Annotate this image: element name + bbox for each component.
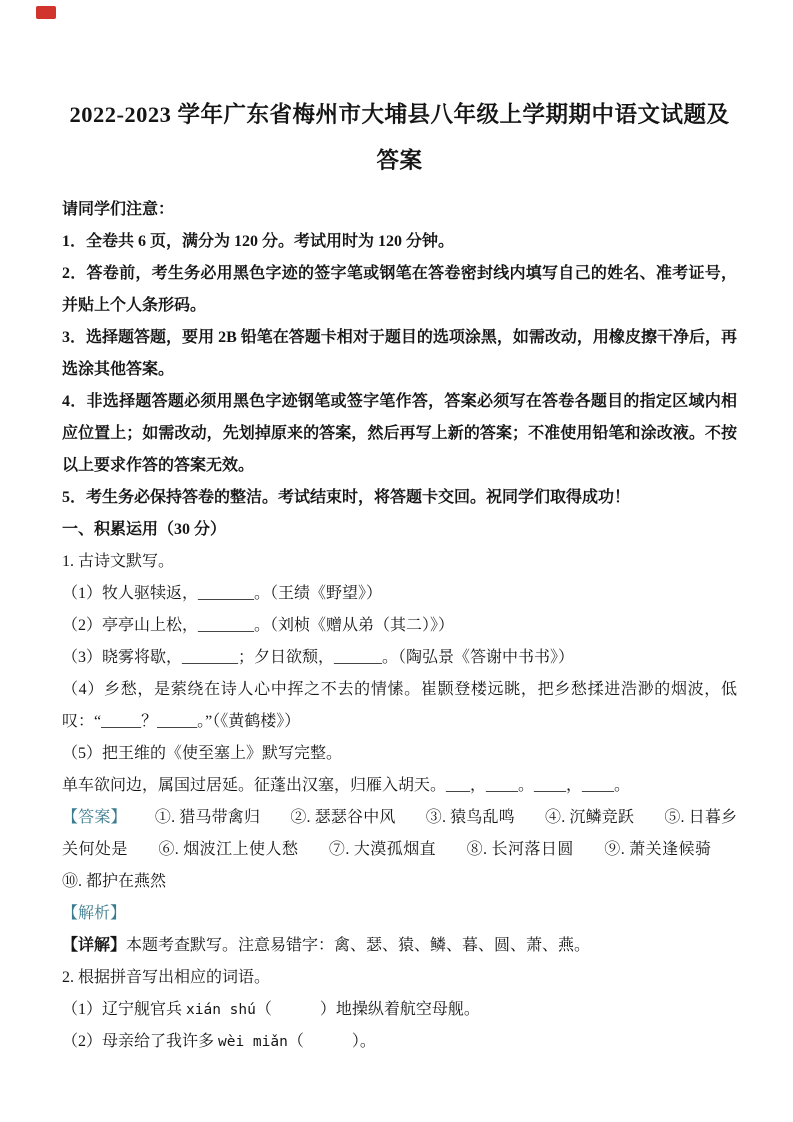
question-1-part-5: （5）把王维的《使至塞上》默写完整。 bbox=[62, 738, 737, 770]
q2-part1-post: （ ）地操纵着航空母舰。 bbox=[256, 1001, 480, 1018]
detail-block: 【详解】本题考查默写。注意易错字：禽、瑟、猿、鳞、暮、圆、萧、燕。 bbox=[62, 930, 737, 962]
answer-item-2: ②. 瑟瑟谷中风 bbox=[290, 809, 395, 826]
notice-item-4: 4．非选择题答题必须用黑色字迹钢笔或签字笔作答，答案必须写在答卷各题目的指定区域… bbox=[62, 386, 737, 482]
question-1-part-4: （4）乡愁，是萦绕在诗人心中挥之不去的情愫。崔颢登楼远眺，把乡愁揉进浩渺的烟波，… bbox=[62, 674, 737, 738]
analysis-label: 【解析】 bbox=[62, 905, 126, 922]
analysis-block: 【解析】 bbox=[62, 898, 737, 930]
question-1-part-2: （2）亭亭山上松，_______。（刘桢《赠从弟（其二）》） bbox=[62, 610, 737, 642]
answer-item-4: ④. 沉鳞竞跃 bbox=[545, 809, 634, 826]
q2-part2-post: （ ）。 bbox=[288, 1033, 376, 1050]
answer-item-3: ③. 猿鸟乱鸣 bbox=[426, 809, 515, 826]
answer-item-8: ⑧. 长河落日圆 bbox=[467, 841, 574, 858]
notice-item-2: 2．答卷前，考生务必用黑色字迹的签字笔或钢笔在答卷密封线内填写自己的姓名、准考证… bbox=[62, 258, 737, 322]
question-2-part-2: （2）母亲给了我许多 wèi miǎn（ ）。 bbox=[62, 1026, 737, 1058]
notice-item-1: 1．全卷共 6 页，满分为 120 分。考试用时为 120 分钟。 bbox=[62, 226, 737, 258]
red-stamp-icon bbox=[36, 6, 56, 19]
answer-item-9: ⑨. 萧关逢候骑 bbox=[604, 841, 711, 858]
question-1-part-3: （3）晓雾将歇，_______；夕日欲颓，______。（陶弘景《答谢中书书》） bbox=[62, 642, 737, 674]
page-title: 2022-2023 学年广东省梅州市大埔县八年级上学期期中语文试题及答案 bbox=[62, 92, 737, 184]
section-heading: 一、积累运用（30 分） bbox=[62, 514, 737, 546]
question-2-part-1: （1）辽宁舰官兵 xián shú（ ）地操纵着航空母舰。 bbox=[62, 994, 737, 1026]
q2-part2-pre: （2）母亲给了我许多 bbox=[62, 1033, 218, 1050]
answer-item-7: ⑦. 大漠孤烟直 bbox=[329, 841, 436, 858]
notice-item-3: 3．选择题答题，要用 2B 铅笔在答题卡相对于题目的选项涂黑，如需改动，用橡皮擦… bbox=[62, 322, 737, 386]
question-1-completion-line: 单车欲问边，属国过居延。征蓬出汉塞，归雁入胡天。___，____。____，__… bbox=[62, 770, 737, 802]
notice-heading: 请同学们注意： bbox=[62, 194, 737, 226]
q2-part1-pinyin: xián shú bbox=[186, 1002, 256, 1018]
answer-item-1: ①. 猎马带禽归 bbox=[155, 809, 260, 826]
notice-item-5: 5．考生务必保持答卷的整洁。考试结束时，将答题卡交回。祝同学们取得成功！ bbox=[62, 482, 737, 514]
detail-text: 本题考查默写。注意易错字：禽、瑟、猿、鳞、暮、圆、萧、燕。 bbox=[126, 937, 590, 954]
answer-item-10: ⑩. 都护在燕然 bbox=[62, 873, 166, 890]
answer-item-6: ⑥. 烟波江上使人愁 bbox=[158, 841, 298, 858]
detail-label: 【详解】 bbox=[62, 937, 126, 954]
question-1-stem: 1. 古诗文默写。 bbox=[62, 546, 737, 578]
q2-part1-pre: （1）辽宁舰官兵 bbox=[62, 1001, 186, 1018]
q2-part2-pinyin: wèi miǎn bbox=[218, 1034, 288, 1050]
answer-label: 【答案】 bbox=[62, 809, 127, 826]
document-page: 2022-2023 学年广东省梅州市大埔县八年级上学期期中语文试题及答案 请同学… bbox=[0, 0, 793, 1122]
question-1-part-1: （1）牧人驱犊返，_______。（王绩《野望》） bbox=[62, 578, 737, 610]
document-content: 2022-2023 学年广东省梅州市大埔县八年级上学期期中语文试题及答案 请同学… bbox=[0, 0, 793, 1058]
question-2-stem: 2. 根据拼音写出相应的词语。 bbox=[62, 962, 737, 994]
answer-block: 【答案】 ①. 猎马带禽归 ②. 瑟瑟谷中风 ③. 猿鸟乱鸣 ④. 沉鳞竞跃 ⑤… bbox=[62, 802, 737, 898]
